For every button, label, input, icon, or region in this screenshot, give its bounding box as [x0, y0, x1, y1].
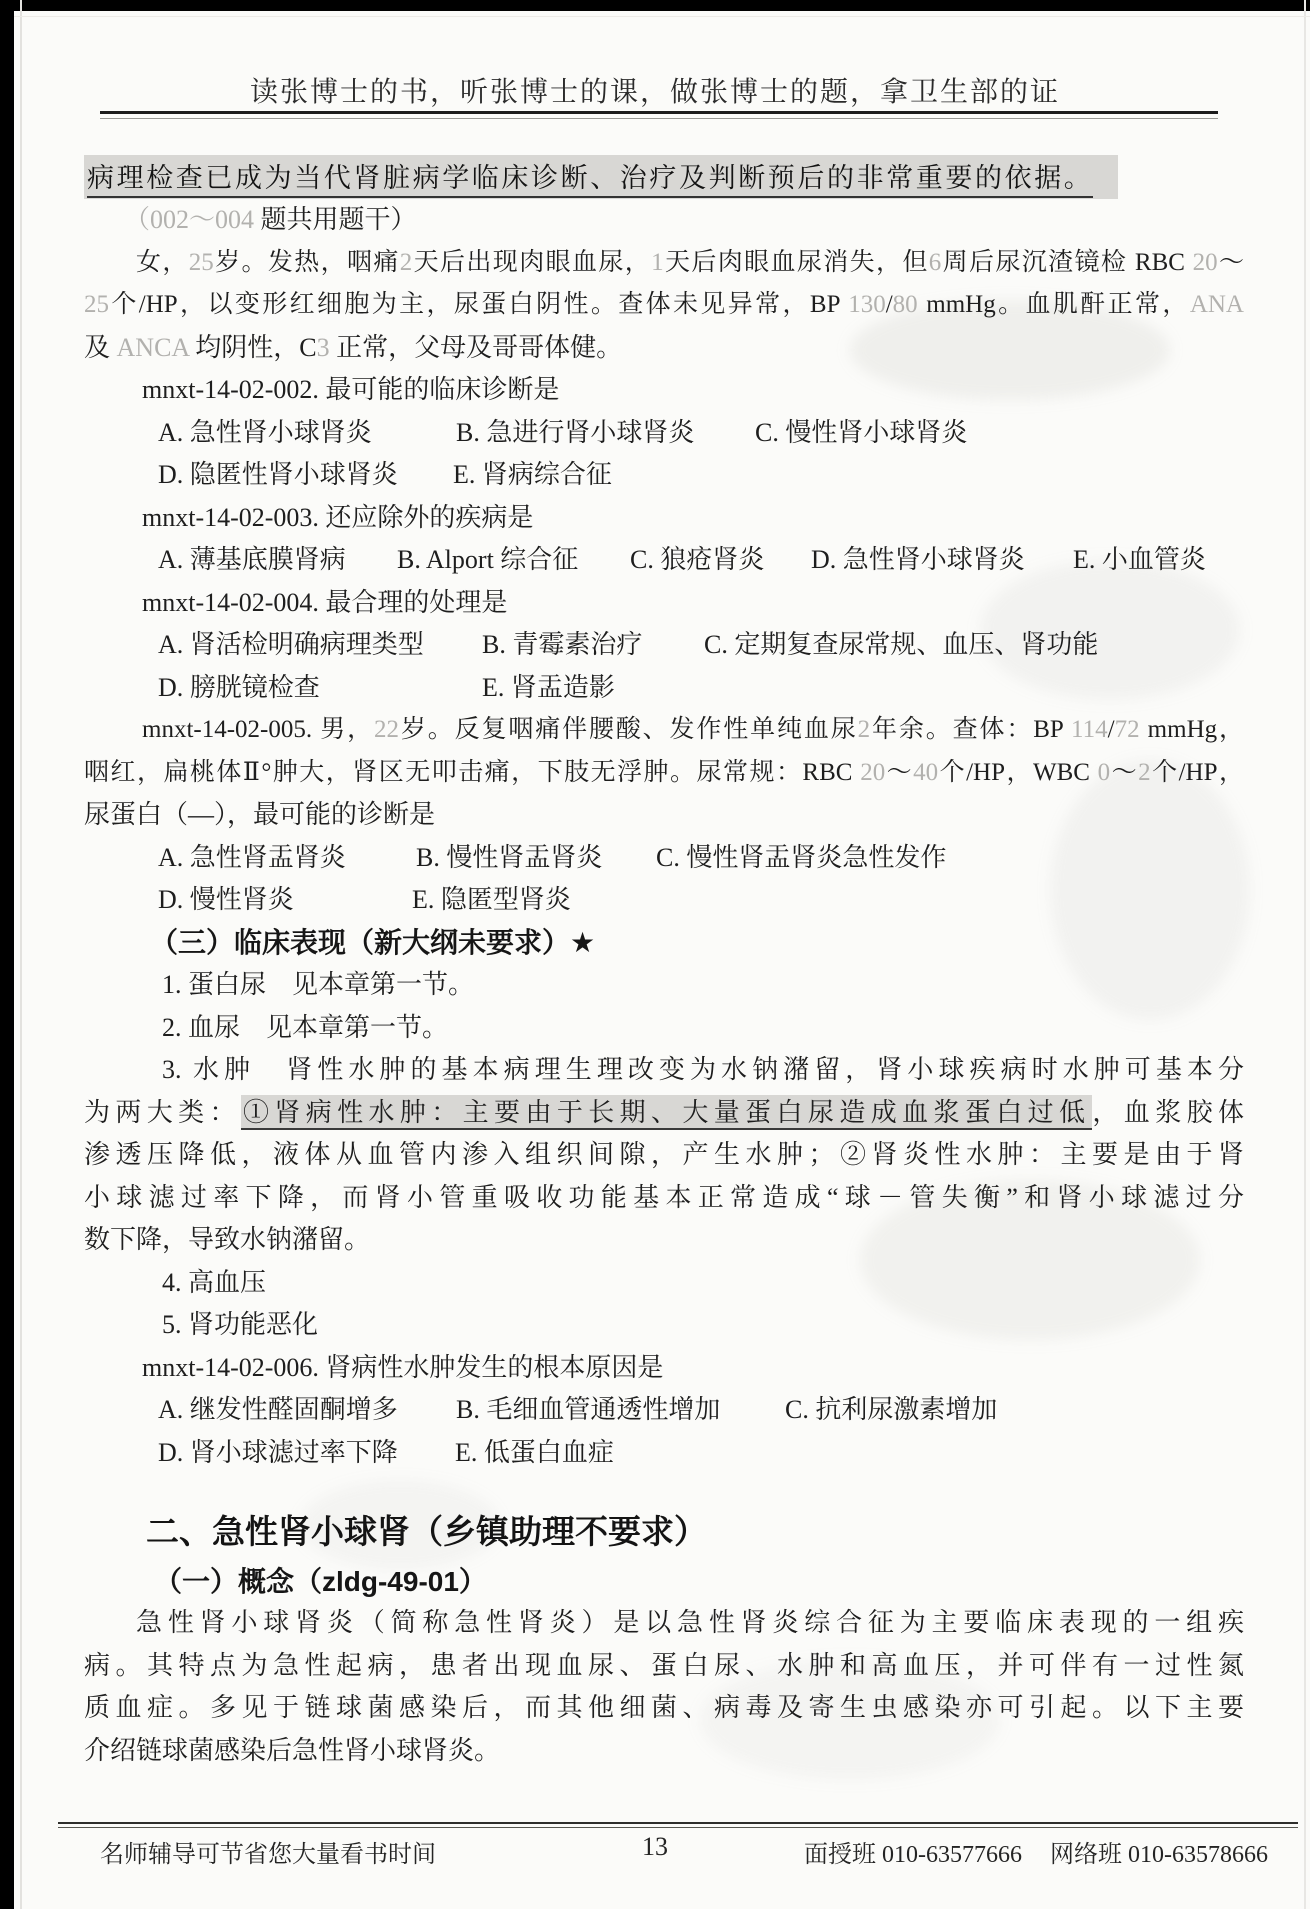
stem-text: /: [886, 291, 893, 318]
stem-line: 25个/HP，以变形红细胞为主，尿蛋白阴性。查体未见异常，BP 130/80 m…: [84, 284, 1244, 327]
option-c: C. 慢性肾小球肾炎: [755, 412, 967, 455]
stem-lead-text: 题共用题干）: [254, 205, 417, 234]
stem-question-range: （002～004: [124, 205, 254, 234]
list-item: 4. 高血压: [84, 1262, 1244, 1305]
stem-value: 20: [860, 759, 885, 786]
stem-text: 咽红，扁桃体Ⅱ°肿大，肾区无叩击痛，下肢无浮肿。尿常规：RBC: [84, 759, 860, 786]
question-005-stem-line: mnxt-14-02-005. 男，22岁。反复咽痛伴腰酸、发作性单纯血尿2年余…: [84, 709, 1244, 752]
stem-value: 3: [317, 333, 330, 362]
list-item: 3. 水肿 肾性水肿的基本病理生理改变为水钠潴留，肾小球疾病时水肿可基本分: [84, 1049, 1244, 1092]
scan-border-top: [0, 0, 1310, 11]
option-e: E. 低蛋白血症: [455, 1432, 614, 1475]
question-006-options-row: D. 肾小球滤过率下降E. 低蛋白血症: [84, 1432, 1244, 1475]
paragraph-line-with-highlight: 为两大类：①肾病性水肿：主要由于长期、大量蛋白尿造成血浆蛋白过低，血浆胶体: [84, 1092, 1244, 1135]
option-c: C. 狼疮肾炎: [630, 539, 811, 582]
stem-value: ANCA: [117, 333, 189, 362]
question-002-title: mnxt-14-02-002. 最可能的临床诊断是: [84, 369, 1244, 412]
stem-text: ～: [1218, 249, 1244, 276]
option-b: B. Alport 综合征: [397, 539, 630, 582]
stem-text: 天后出现肉眼血尿，: [412, 249, 651, 276]
stem-text: /: [1108, 716, 1115, 743]
stem-value: 20: [1193, 249, 1218, 276]
stem-value: 114: [1071, 716, 1108, 743]
stem-text: 女，: [136, 249, 189, 276]
question-005-stem-line: 尿蛋白（—），最可能的诊断是: [84, 794, 1244, 837]
stem-text: 个/HP，: [1151, 759, 1244, 786]
stem-value: 25: [84, 291, 109, 318]
paragraph-line: 病。其特点为急性起病，患者出现血尿、蛋白尿、水肿和高血压，并可伴有一过性氮: [84, 1645, 1244, 1688]
highlighted-key-point-text: 病理检查已成为当代肾脏病学临床诊断、治疗及判断预后的非常重要的依据。: [87, 156, 1093, 198]
option-a: A. 肾活检明确病理类型: [158, 624, 482, 667]
stem-text: mnxt-14-02-005. 男，: [142, 716, 374, 743]
footer-contacts: 面授班 010-63577666网络班 010-63578666: [776, 1834, 1268, 1869]
option-d: D. 急性肾小球肾炎: [811, 539, 1073, 582]
option-d: D. 隐匿性肾小球肾炎: [158, 454, 453, 497]
option-e: E. 小血管炎: [1073, 539, 1206, 582]
stem-value: 72: [1115, 716, 1140, 743]
stem-text: mmHg，: [1140, 716, 1244, 743]
question-002-options-row: A. 急性肾小球肾炎B. 急进行肾小球肾炎C. 慢性肾小球肾炎: [84, 412, 1244, 455]
highlighted-key-phrase: ①肾病性水肿：主要由于长期、大量蛋白尿造成血浆蛋白过低: [241, 1095, 1092, 1130]
stem-line: 及 ANCA 均阴性，C3 正常，父母及哥哥体健。: [84, 327, 1244, 370]
question-004-options-row: A. 肾活检明确病理类型B. 青霉素治疗C. 定期复查尿常规、血压、肾功能: [84, 624, 1244, 667]
stem-text: ～: [885, 759, 913, 786]
option-d: D. 肾小球滤过率下降: [158, 1432, 455, 1475]
option-c: C. 抗利尿激素增加: [785, 1389, 997, 1432]
footer-contact-onsite: 面授班 010-63577666: [804, 1842, 1022, 1868]
paragraph-text: ，血浆胶体: [1092, 1098, 1244, 1127]
question-004-options-row: D. 膀胱镜检查E. 肾盂造影: [84, 667, 1244, 710]
option-d: D. 膀胱镜检查: [158, 667, 482, 710]
paragraph-line: 数下降，导致水钠潴留。: [84, 1219, 1244, 1262]
question-005-stem-line: 咽红，扁桃体Ⅱ°肿大，肾区无叩击痛，下肢无浮肿。尿常规：RBC 20～40个/H…: [84, 752, 1244, 795]
concept-subheading: （一）概念（zldg-49-01）: [84, 1562, 1244, 1602]
stem-text: 均阴性，C: [189, 333, 317, 362]
option-e: E. 肾盂造影: [482, 667, 615, 710]
stem-text: 天后肉眼血尿消失，但: [664, 249, 929, 276]
stem-value: 40: [913, 759, 938, 786]
list-item: 5. 肾功能恶化: [84, 1304, 1244, 1347]
paragraph-line: 介绍链球菌感染后急性肾小球肾炎。: [84, 1730, 1244, 1773]
stem-value: 2: [858, 716, 871, 743]
option-b: B. 青霉素治疗: [482, 624, 704, 667]
page-body: （002～004 题共用题干） 女，25岁。发热，咽痛2天后出现肉眼血尿，1天后…: [84, 199, 1244, 1474]
option-e: E. 肾病综合征: [453, 454, 612, 497]
stem-value: 2: [400, 249, 413, 276]
question-005-options-row: D. 慢性肾炎E. 隐匿型肾炎: [84, 879, 1244, 922]
stem-value: 25: [189, 249, 214, 276]
stem-text: ～: [1110, 759, 1138, 786]
option-b: B. 急进行肾小球肾炎: [456, 412, 755, 455]
option-c: C. 定期复查尿常规、血压、肾功能: [704, 624, 1098, 667]
question-005-options-row: A. 急性肾盂肾炎B. 慢性肾盂肾炎C. 慢性肾盂肾炎急性发作: [84, 837, 1244, 880]
option-b: B. 毛细血管通透性增加: [456, 1389, 785, 1432]
scan-line-horizontal: [14, 16, 1310, 17]
shared-stem-lead: （002～004 题共用题干）: [84, 199, 1244, 242]
stem-text: 周后尿沉渣镜检 RBC: [941, 249, 1192, 276]
stem-value: 6: [929, 249, 942, 276]
stem-value: 0: [1098, 759, 1111, 786]
scan-line-vertical: [20, 0, 22, 1909]
page-footer: 名师辅导可节省您大量看书时间 13 面授班 010-63577666网络班 01…: [0, 1832, 1310, 1866]
paragraph-line: 渗透压降低，液体从血管内渗入组织间隙，产生水肿；②肾炎性水肿：主要是由于肾: [84, 1134, 1244, 1177]
chapter-section-heading: 二、急性肾小球肾（乡镇助理不要求）: [84, 1506, 1244, 1558]
stem-text: 及: [84, 333, 117, 362]
stem-value: 22: [374, 716, 399, 743]
paragraph-text: 为两大类：: [84, 1098, 241, 1127]
stem-text: 年余。查体：BP: [870, 716, 1071, 743]
section-heading-clinical-manifestations: （三）临床表现（新大纲未要求）★: [84, 922, 1244, 965]
stem-value: ANA: [1190, 291, 1244, 318]
stem-line: 女，25岁。发热，咽痛2天后出现肉眼血尿，1天后肉眼血尿消失，但6周后尿沉渣镜检…: [84, 242, 1244, 285]
scan-border-left: [0, 0, 14, 1909]
option-a: A. 急性肾小球肾炎: [158, 412, 456, 455]
option-e: E. 隐匿型肾炎: [412, 879, 571, 922]
question-006-options-row: A. 继发性醛固酮增多B. 毛细血管通透性增加C. 抗利尿激素增加: [84, 1389, 1244, 1432]
stem-text: 个/HP，以变形红细胞为主，尿蛋白阴性。查体未见异常，BP: [109, 291, 848, 318]
stem-value: 130: [848, 291, 886, 318]
option-a: A. 薄基底膜肾病: [158, 539, 397, 582]
option-c: C. 慢性肾盂肾炎急性发作: [656, 837, 946, 880]
question-003-title: mnxt-14-02-003. 还应除外的疾病是: [84, 497, 1244, 540]
header-rule: [100, 111, 1218, 119]
option-a: A. 继发性醛固酮增多: [158, 1389, 456, 1432]
paragraph-line: 急性肾小球肾炎（简称急性肾炎）是以急性肾炎综合征为主要临床表现的一组疾: [84, 1602, 1244, 1645]
concept-paragraph: 急性肾小球肾炎（简称急性肾炎）是以急性肾炎综合征为主要临床表现的一组疾 病。其特…: [84, 1602, 1244, 1772]
stem-value: 80: [893, 291, 918, 318]
page-header-slogan: 读张博士的书，听张博士的课，做张博士的题，拿卫生部的证: [0, 70, 1310, 110]
stem-text: 正常，父母及哥哥体健。: [330, 333, 623, 362]
question-004-title: mnxt-14-02-004. 最合理的处理是: [84, 582, 1244, 625]
option-d: D. 慢性肾炎: [158, 879, 412, 922]
stem-value: 2: [1138, 759, 1151, 786]
footer-contact-online: 网络班 010-63578666: [1050, 1842, 1268, 1868]
stem-text: 岁。发热，咽痛: [214, 249, 400, 276]
paragraph-line: 小球滤过率下降，而肾小管重吸收功能基本正常造成“球－管失衡”和肾小球滤过分: [84, 1177, 1244, 1220]
stem-value: 1: [651, 249, 664, 276]
question-006-title: mnxt-14-02-006. 肾病性水肿发生的根本原因是: [84, 1347, 1244, 1390]
option-b: B. 慢性肾盂肾炎: [416, 837, 656, 880]
scan-line-vertical-right: [1304, 0, 1306, 1909]
paragraph-line: 质血症。多见于链球菌感染后，而其他细菌、病毒及寄生虫感染亦可引起。以下主要: [84, 1687, 1244, 1730]
question-002-options-row: D. 隐匿性肾小球肾炎E. 肾病综合征: [84, 454, 1244, 497]
option-a: A. 急性肾盂肾炎: [158, 837, 416, 880]
list-item: 2. 血尿 见本章第一节。: [84, 1007, 1244, 1050]
footer-rule: [58, 1822, 1298, 1828]
stem-text: 岁。反复咽痛伴腰酸、发作性单纯血尿: [399, 716, 858, 743]
question-003-options-row: A. 薄基底膜肾病B. Alport 综合征C. 狼疮肾炎D. 急性肾小球肾炎E…: [84, 539, 1244, 582]
stem-text: 个/HP，WBC: [938, 759, 1098, 786]
stem-text: mmHg。血肌酐正常，: [918, 291, 1190, 318]
highlighted-key-point: 病理检查已成为当代肾脏病学临床诊断、治疗及判断预后的非常重要的依据。: [84, 155, 1118, 199]
list-item: 1. 蛋白尿 见本章第一节。: [84, 964, 1244, 1007]
